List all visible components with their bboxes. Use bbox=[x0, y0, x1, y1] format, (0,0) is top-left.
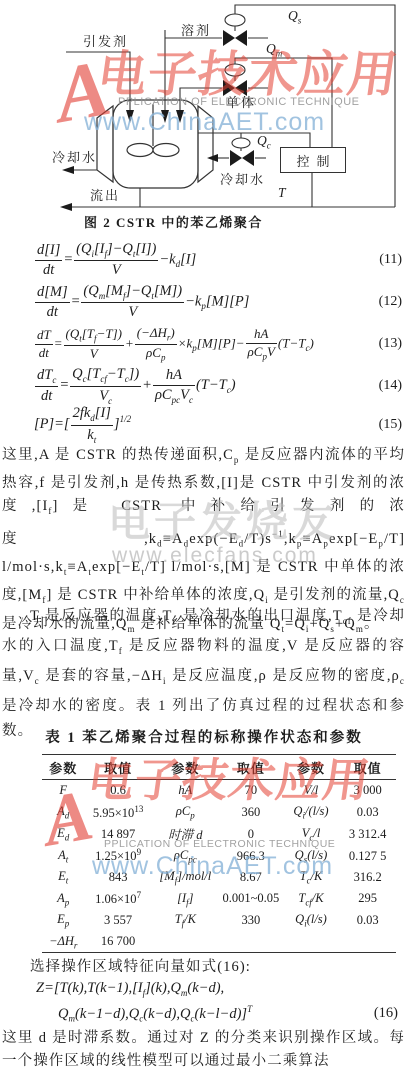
param-value-cell: 1.25×109 bbox=[84, 845, 151, 867]
valve-solvent-icon bbox=[223, 30, 235, 46]
param-value-cell: 14 897 bbox=[84, 823, 151, 845]
param-name-cell: Tf/K bbox=[152, 910, 219, 931]
param-value-cell: 843 bbox=[84, 867, 151, 888]
paragraph-feature-vector: 选择操作区域特征向量如式(16): bbox=[2, 956, 405, 979]
table-header-value: 取值 bbox=[219, 755, 283, 780]
label-solvent: 溶剂 bbox=[181, 20, 211, 39]
valve-coolant-icon bbox=[230, 150, 242, 166]
reactor bbox=[97, 100, 213, 188]
param-name-cell: Qs(l/s) bbox=[283, 845, 340, 867]
param-value-cell: 316.2 bbox=[339, 867, 396, 888]
param-value-cell: 1.06×107 bbox=[84, 888, 151, 910]
param-value-cell: 0.03 bbox=[339, 910, 396, 931]
table-row: Ad5.95×1013ρCp360Qi/(l/s)0.03 bbox=[42, 801, 396, 823]
table-row: At1.25×109ρCpc966.3Qs(l/s)0.127 5 bbox=[42, 845, 396, 867]
param-name-cell: −ΔHr bbox=[42, 931, 84, 953]
param-name-cell: hA bbox=[152, 780, 219, 802]
label-initiator: 引发剂 bbox=[83, 31, 128, 50]
param-name-cell bbox=[283, 931, 340, 953]
param-name-cell: F bbox=[42, 780, 84, 802]
figure-caption: 图 2 CSTR 中的苯乙烯聚合 bbox=[84, 212, 263, 231]
param-name-cell: ρCpc bbox=[152, 845, 219, 867]
param-value-cell: 3 000 bbox=[339, 780, 396, 802]
param-name-cell: Qi/(l/s) bbox=[283, 801, 340, 823]
param-value-cell: 5.95×1013 bbox=[84, 801, 151, 823]
equation-15-number: (15) bbox=[370, 417, 402, 433]
param-value-cell: 70 bbox=[219, 780, 283, 802]
equation-11-body: d[I]dt=(Qi[If]−Qt[I])V−kd[I] bbox=[34, 241, 370, 279]
param-name-cell: 时滞 d bbox=[152, 823, 219, 845]
paper-page: 引发剂 溶剂 单体 冷却水 冷却水 流出 Qs Qm Qc T 控制 A 电子技… bbox=[0, 0, 408, 1074]
equation-15-body: [P]=[2fkd[I]kt]1/2 bbox=[34, 405, 370, 444]
arrow-initiator-icon bbox=[126, 110, 134, 123]
table-title: 表 1 苯乙烯聚合过程的标称操作状态和参数 bbox=[0, 726, 408, 747]
table-row: F0.6hA70V/l3 000 bbox=[42, 780, 396, 802]
solvent-pipe bbox=[165, 30, 222, 110]
paragraph-variables-2: T 是反应器的温度,Tc 是冷却水的出口温度,Tcf 是冷却水的入口温度,Tf … bbox=[2, 604, 405, 744]
equation-14: dTcdt=Qc[Tcf−Tc])Vc+hAρCpcVc(T−Tc) (14) bbox=[34, 368, 402, 404]
equation-15: [P]=[2fkd[I]kt]1/2 (15) bbox=[34, 408, 402, 442]
paragraph-delay-coefficient: 这里 d 是时滞系数。通过对 Z 的分类来识别操作区域。每一个操作区域的线性模型… bbox=[2, 1027, 405, 1073]
label-outflow: 流出 bbox=[90, 185, 120, 204]
param-name-cell: Ap bbox=[42, 888, 84, 910]
jacket-left bbox=[97, 106, 113, 182]
equation-14-body: dTcdt=Qc[Tcf−Tc])Vc+hAρCpcVc(T−Tc) bbox=[34, 366, 370, 405]
arrow-outflow-icon bbox=[60, 203, 72, 211]
equation-13-body: dTdt=(Qt[Tf−T])V+(−ΔHr)ρCp×kp[M][P]−hAρC… bbox=[34, 326, 370, 363]
param-table-header-row: 参数取值参数取值参数取值 bbox=[42, 755, 396, 780]
param-value-cell: 0.127 5 bbox=[339, 845, 396, 867]
stirrer-blade-right bbox=[153, 144, 179, 157]
param-name-cell: V/l bbox=[283, 780, 340, 802]
table-header-param: 参数 bbox=[42, 755, 84, 780]
label-coolant-right: 冷却水 bbox=[220, 169, 265, 188]
label-monomer: 单体 bbox=[226, 92, 256, 111]
table-row: Et843[Mf]/mol/l8.67Tc/K316.2 bbox=[42, 867, 396, 888]
param-value-cell bbox=[339, 931, 396, 953]
param-value-cell: 330 bbox=[219, 910, 283, 931]
equation-12: d[M]dt=(Qm[Mf]−Qt[M])V−kp[M][P] (12) bbox=[34, 284, 402, 320]
arrow-coolant-out-icon bbox=[62, 166, 74, 174]
table-1: 参数取值参数取值参数取值 F0.6hA70V/l3 000Ad5.95×1013… bbox=[42, 754, 396, 953]
table-header-param: 参数 bbox=[152, 755, 219, 780]
tank-body bbox=[113, 100, 198, 188]
param-name-cell: Ad bbox=[42, 801, 84, 823]
param-name-cell: At bbox=[42, 845, 84, 867]
param-name-cell: [Mf]/mol/l bbox=[152, 867, 219, 888]
table-header-value: 取值 bbox=[339, 755, 396, 780]
sensor-line bbox=[198, 133, 310, 147]
equation-11-number: (11) bbox=[370, 252, 402, 268]
table-header-value: 取值 bbox=[84, 755, 151, 780]
stirrer-blade-left bbox=[127, 144, 153, 157]
param-value-cell bbox=[219, 931, 283, 953]
param-table: 参数取值参数取值参数取值 F0.6hA70V/l3 000Ad5.95×1013… bbox=[42, 754, 396, 953]
label-coolant-left: 冷却水 bbox=[52, 147, 97, 166]
valve-actuator-coolant bbox=[232, 138, 250, 148]
param-name-cell: Ed bbox=[42, 823, 84, 845]
equation-11: d[I]dt=(Qi[If]−Qt[I])V−kd[I] (11) bbox=[34, 242, 402, 278]
control-box: 控制 bbox=[280, 147, 346, 173]
param-value-cell: 295 bbox=[339, 888, 396, 910]
label-qs: Qs bbox=[288, 8, 301, 26]
param-value-cell: 0.03 bbox=[339, 801, 396, 823]
equation-16-line1: Z=[T(k),T(k−1),[If](k),Qm(k−d), bbox=[36, 980, 224, 998]
param-name-cell: Ep bbox=[42, 910, 84, 931]
table-row: −ΔHr16 700 bbox=[42, 931, 396, 953]
figure-cstr: 引发剂 溶剂 单体 冷却水 冷却水 流出 Qs Qm Qc T 控制 A 电子技… bbox=[0, 0, 408, 232]
initiator-pipe bbox=[66, 52, 130, 110]
control-box-label: 控制 bbox=[289, 151, 336, 170]
param-value-cell: 0 bbox=[219, 823, 283, 845]
label-temperature: T bbox=[278, 185, 286, 201]
label-qc: Qc bbox=[257, 133, 271, 151]
param-name-cell: Vc/l bbox=[283, 823, 340, 845]
equation-12-number: (12) bbox=[370, 294, 402, 310]
table-row: Ed14 897时滞 d0Vc/l3 312.4 bbox=[42, 823, 396, 845]
valve-actuator-monomer bbox=[225, 64, 245, 76]
valve-actuator-solvent bbox=[225, 14, 245, 26]
param-value-cell: 3 312.4 bbox=[339, 823, 396, 845]
arrow-solvent-icon bbox=[161, 110, 169, 123]
table-header-param: 参数 bbox=[283, 755, 340, 780]
table-row: Ap1.06×107[If]0.001~0.05Tcf/K295 bbox=[42, 888, 396, 910]
equation-13: dTdt=(Qt[Tf−T])V+(−ΔHr)ρCp×kp[M][P]−hAρC… bbox=[34, 326, 402, 362]
param-name-cell: ρCp bbox=[152, 801, 219, 823]
table-row: Ep3 557Tf/K330Qi(l/s)0.03 bbox=[42, 910, 396, 931]
param-value-cell: 8.67 bbox=[219, 867, 283, 888]
param-name-cell bbox=[152, 931, 219, 953]
jacket-right bbox=[198, 106, 213, 182]
param-name-cell: [If] bbox=[152, 888, 219, 910]
param-value-cell: 0.001~0.05 bbox=[219, 888, 283, 910]
param-value-cell: 360 bbox=[219, 801, 283, 823]
param-name-cell: Tcf/K bbox=[283, 888, 340, 910]
param-value-cell: 16 700 bbox=[84, 931, 151, 953]
param-name-cell: Qi(l/s) bbox=[283, 910, 340, 931]
param-name-cell: Tc/K bbox=[283, 867, 340, 888]
equation-14-number: (14) bbox=[370, 378, 402, 394]
monomer-pipe bbox=[180, 88, 222, 110]
equation-12-body: d[M]dt=(Qm[Mf]−Qt[M])V−kp[M][P] bbox=[34, 283, 370, 321]
param-table-body: F0.6hA70V/l3 000Ad5.95×1013ρCp360Qi/(l/s… bbox=[42, 780, 396, 953]
arrow-monomer-icon bbox=[176, 110, 184, 123]
label-qm: Qm bbox=[266, 41, 282, 59]
equation-16-number: (16) bbox=[374, 1005, 398, 1022]
equation-16-line2: Qm(k−1−d),Qc(k−d),Qc(k−l−d)]T bbox=[58, 1004, 252, 1024]
param-value-cell: 966.3 bbox=[219, 845, 283, 867]
param-value-cell: 0.6 bbox=[84, 780, 151, 802]
equation-13-number: (13) bbox=[370, 336, 402, 352]
param-name-cell: Et bbox=[42, 867, 84, 888]
param-value-cell: 3 557 bbox=[84, 910, 151, 931]
